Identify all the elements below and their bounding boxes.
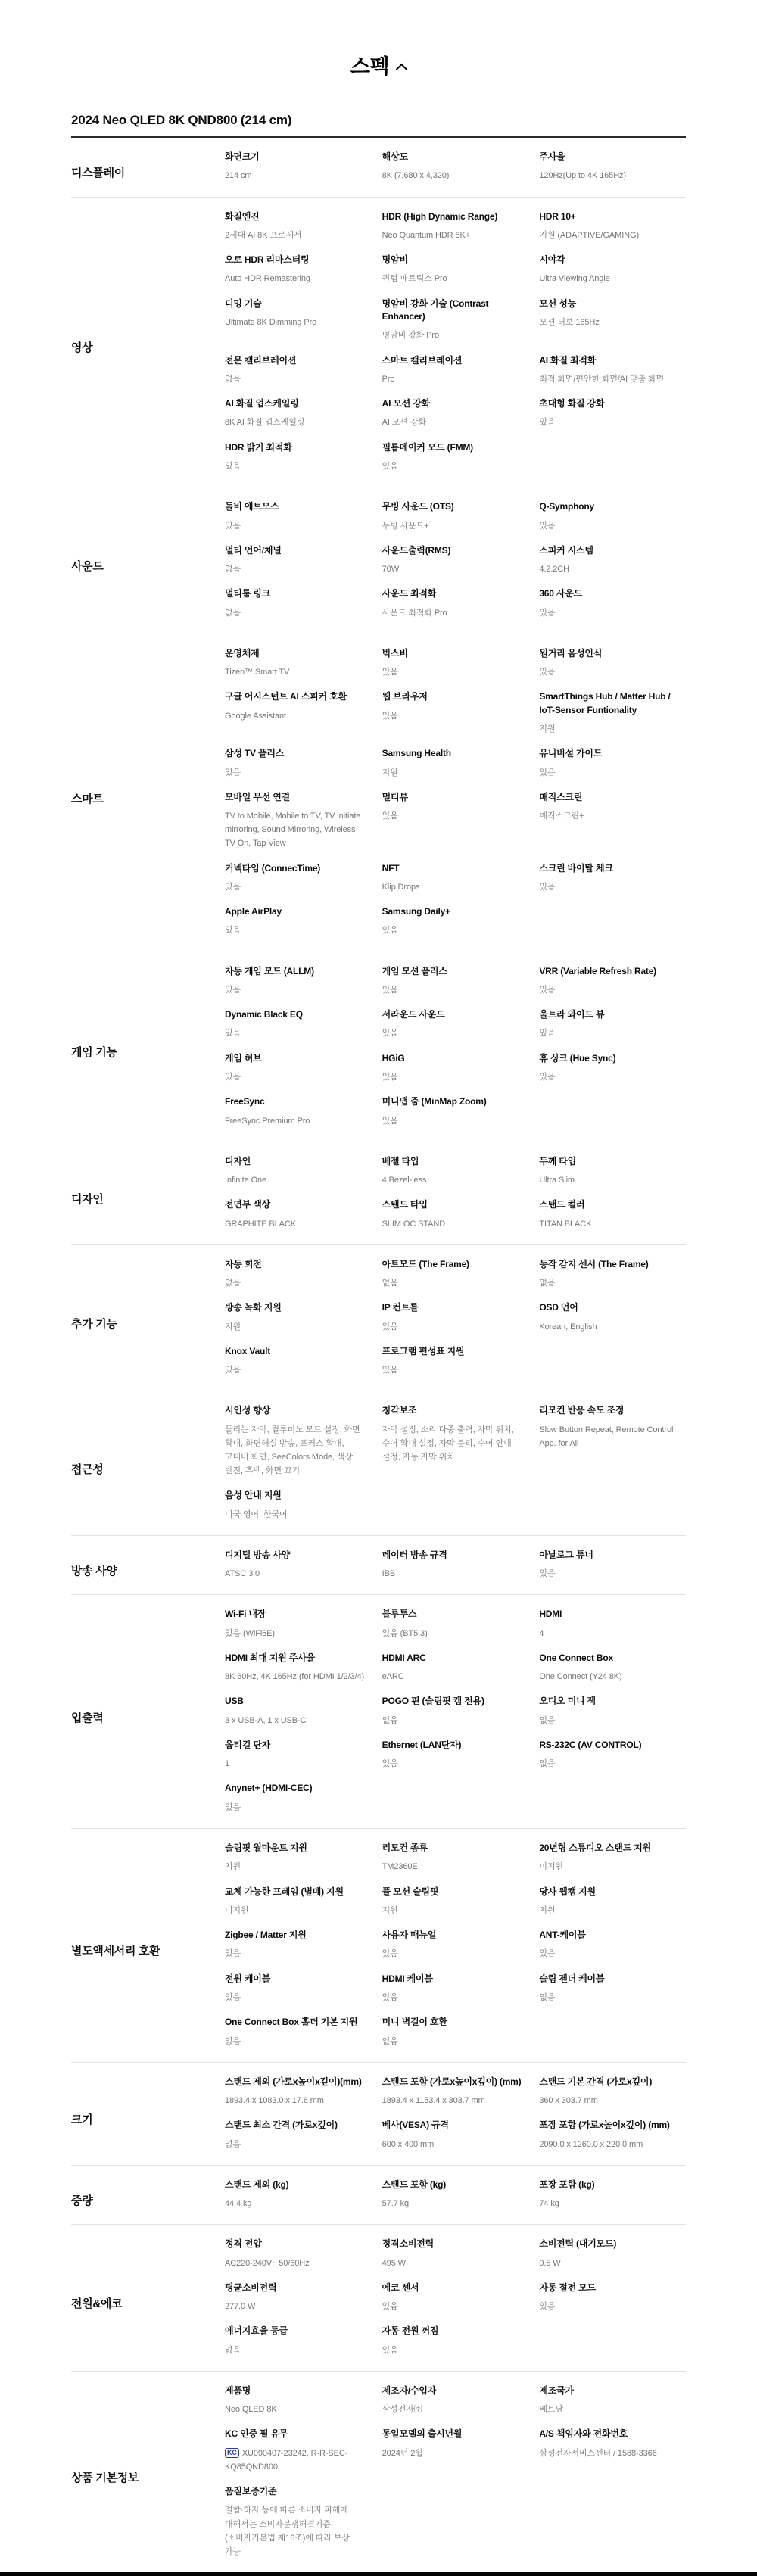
spec-section: 디자인 디자인 Infinite One 베젤 타입 4 Bezel-less …	[71, 1142, 686, 1245]
spec-value: 있음 (BT5.3)	[382, 1627, 525, 1640]
spec-value: 있음	[382, 459, 525, 473]
section-category: 크기	[71, 2076, 225, 2163]
spec-label: 스탠드 타입	[382, 1198, 525, 1211]
spec-value: 최적 화면/편안한 화면/AI 맞춤 화면	[539, 372, 681, 386]
spec-item: 제조자/수입자 삼성전자㈜	[382, 2384, 529, 2417]
spec-label: 필름메이커 모드 (FMM)	[382, 441, 525, 454]
spec-value: Klip Drops	[382, 880, 525, 894]
spec-value: 있음	[225, 766, 367, 780]
spec-value: 있음	[539, 880, 681, 894]
spec-value: 2024년 2월	[382, 2447, 525, 2460]
spec-section: 접근성 시인성 향상 들리는 자막, 릴루미노 모드 설정, 화면 확대, 화면…	[71, 1391, 686, 1535]
spec-label: HDR 밝기 최적화	[225, 441, 367, 454]
spec-section: 상품 기본정보 제품명 Neo QLED 8K 제조자/수입자 삼성전자㈜ 제조…	[71, 2372, 686, 2572]
spec-value: 있음	[382, 809, 525, 823]
section-grid: 제품명 Neo QLED 8K 제조자/수입자 삼성전자㈜ 제조국가 베트남 K…	[225, 2384, 686, 2570]
spec-label: 20년형 스튜디오 스탠드 지원	[539, 1842, 681, 1855]
spec-item: SmartThings Hub / Matter Hub / IoT-Senso…	[539, 690, 686, 736]
spec-label: 주사율	[539, 151, 681, 164]
spec-label: 정격소비전력	[382, 2238, 525, 2250]
section-grid: 자동 게임 모드 (ALLM) 있음 게임 모션 플러스 있음 VRR (Var…	[225, 965, 686, 1139]
spec-section: 스마트 운영체제 Tizen™ Smart TV 빅스비 있음 원거리 음성인식…	[71, 634, 686, 952]
spec-value: AC220-240V~ 50/60Hz	[225, 2257, 367, 2270]
spec-value: TM2360E	[382, 1860, 525, 1874]
spec-value: 있음	[225, 880, 367, 894]
spec-item: HDMI 4	[539, 1608, 686, 1640]
spec-label: 디지털 방송 사양	[225, 1549, 367, 1562]
spec-label: 스탠드 제외 (kg)	[225, 2179, 367, 2191]
spec-label: 디밍 기술	[225, 297, 367, 310]
spec-label: 구글 어시스턴트 AI 스피커 호환	[225, 690, 367, 703]
spec-item: 무빙 사운드 (OTS) 무빙 사운드+	[382, 500, 529, 533]
spec-item: 블루투스 있음 (BT5.3)	[382, 1608, 529, 1640]
spec-item: NFT Klip Drops	[382, 862, 529, 895]
spec-value: 있음	[539, 606, 681, 620]
spec-value: 지원	[225, 1860, 367, 1874]
spec-label: 시인성 향상	[225, 1404, 367, 1417]
spec-item: 멀티룸 링크 없음	[225, 587, 372, 620]
spec-label: 커넥타임 (ConnecTime)	[225, 862, 367, 875]
spec-label: 정격 전압	[225, 2238, 367, 2250]
spec-value: 4.2.2CH	[539, 562, 681, 576]
section-grid: 화질엔진 2세대 AI 8K 프로세서 HDR (High Dynamic Ra…	[225, 210, 686, 485]
spec-item: A/S 책임자와 전화번호 삼성전자서비스센터 / 1588-3366	[539, 2428, 686, 2474]
spec-label: 에너지효율 등급	[225, 2325, 367, 2338]
spec-value: 4 Bezel-less	[382, 1173, 525, 1187]
spec-label: Wi-Fi 내장	[225, 1608, 367, 1621]
spec-item: 오디오 미니 잭 없음	[539, 1695, 686, 1727]
section-category: 추가 기능	[71, 1258, 225, 1389]
spec-item: 교체 가능한 프레임 (별매) 지원 미지원	[225, 1886, 372, 1918]
spec-item: HDR 10+ 지원 (ADAPTIVE/GAMING)	[539, 210, 686, 243]
spec-label: 프로그램 편성표 지원	[382, 1345, 525, 1358]
section-category: 별도액세서리 호환	[71, 1842, 225, 2060]
spec-item: 에코 센서 있음	[382, 2282, 529, 2314]
spec-value: 3 x USB-A, 1 x USB-C	[225, 1714, 367, 1727]
section-category: 상품 기본정보	[71, 2384, 225, 2570]
spec-label: 슬림 젠더 케이블	[539, 1973, 681, 1986]
spec-label: A/S 책임자와 전화번호	[539, 2428, 681, 2441]
spec-item: 청각보조 자막 설정, 소리 다중 출력, 자막 위치, 수어 확대 설정, 자…	[382, 1404, 529, 1478]
spec-value: Ultra Slim	[539, 1173, 681, 1187]
spec-value: 결함·하자 등에 따른 소비자 피해에 대해서는 소비자분쟁해결기준(소비자기본…	[225, 2503, 367, 2559]
spec-label: 전문 캘리브레이션	[225, 354, 367, 367]
spec-accordion-toggle-button[interactable]: 스펙	[350, 50, 407, 79]
spec-item: 돌비 애트모스 있음	[225, 500, 372, 533]
spec-value: Neo Quantum HDR 8K+	[382, 229, 525, 242]
spec-value: 있음	[225, 1026, 367, 1040]
spec-label: 베젤 타입	[382, 1155, 525, 1168]
spec-value: 있음	[225, 1991, 367, 2004]
spec-item: 게임 모션 플러스 있음	[382, 965, 529, 998]
spec-value: 있음	[539, 1026, 681, 1040]
spec-item: 20년형 스튜디오 스탠드 지원 미지원	[539, 1842, 686, 1874]
spec-item: 프로그램 편성표 지원 있음	[382, 1345, 529, 1378]
spec-label: Q-Symphony	[539, 500, 681, 513]
spec-item: Samsung Health 지원	[382, 747, 529, 780]
spec-value: 없음	[382, 1276, 525, 1290]
spec-item: 멀티 언어/채널 없음	[225, 544, 372, 577]
spec-value: Neo QLED 8K	[225, 2403, 367, 2416]
spec-value: 지원	[225, 1320, 367, 1334]
spec-value: 8K AI 화질 업스케일링	[225, 416, 367, 429]
spec-item: 빅스비 있음	[382, 647, 529, 680]
spec-value: 있음	[539, 2300, 681, 2313]
spec-label: ANT-케이블	[539, 1929, 681, 1942]
spec-label: IP 컨트롤	[382, 1301, 525, 1314]
spec-item: 서라운드 사운드 있음	[382, 1008, 529, 1041]
spec-value: 있음	[382, 2300, 525, 2313]
spec-value: 없음	[382, 2035, 525, 2048]
spec-label: 두께 타입	[539, 1155, 681, 1168]
spec-item: 슬림핏 월마운트 지원 지원	[225, 1842, 372, 1874]
spec-value: 있음	[382, 1070, 525, 1084]
spec-item: 명암비 강화 기술 (Contrast Enhancer) 명암비 강화 Pro	[382, 297, 529, 343]
spec-value: 지원	[382, 766, 525, 780]
spec-item: 필름메이커 모드 (FMM) 있음	[382, 441, 529, 474]
spec-item: 데이터 방송 규격 IBB	[382, 1549, 529, 1581]
spec-label: Knox Vault	[225, 1345, 367, 1358]
spec-content: 2024 Neo QLED 8K QND800 (214 cm) 디스플레이 화…	[71, 113, 686, 2572]
spec-item: 정격소비전력 495 W	[382, 2238, 529, 2270]
spec-label: HDMI	[539, 1608, 681, 1621]
spec-value: 베트남	[539, 2403, 681, 2416]
spec-item: 스탠드 포함 (가로x높이x깊이) (mm) 1893.4 x 1153.4 x…	[382, 2076, 529, 2108]
spec-label: 서라운드 사운드	[382, 1008, 525, 1021]
spec-item: 미니 벽걸이 호환 없음	[382, 2016, 529, 2048]
spec-label: 스크린 바이탈 체크	[539, 862, 681, 875]
spec-label: 시야각	[539, 254, 681, 266]
spec-value: 없음	[225, 2344, 367, 2357]
spec-item: 품질보증기준 결함·하자 등에 따른 소비자 피해에 대해서는 소비자분쟁해결기…	[225, 2485, 372, 2559]
spec-item: Knox Vault 있음	[225, 1345, 372, 1378]
spec-item: 울트라 와이드 뷰 있음	[539, 1008, 686, 1041]
section-category: 사운드	[71, 500, 225, 631]
spec-value: 없음	[539, 1991, 681, 2004]
spec-value: 있음	[382, 709, 525, 723]
spec-item: 스탠드 제외 (가로x높이x깊이)(mm) 1893.4 x 1083.0 x …	[225, 2076, 372, 2108]
spec-item: Dynamic Black EQ 있음	[225, 1008, 372, 1041]
spec-item: 소비전력 (대기모드) 0.5 W	[539, 2238, 686, 2270]
spec-item: 슬림 젠더 케이블 없음	[539, 1973, 686, 2005]
spec-item: 전원 케이블 있음	[225, 1973, 372, 2005]
spec-value: TITAN BLACK	[539, 1217, 681, 1231]
spec-label: 포장 포함 (가로x높이x깊이) (mm)	[539, 2119, 681, 2132]
spec-item: FreeSync FreeSync Premium Pro	[225, 1095, 372, 1128]
spec-item: HDR 밝기 최적화 있음	[225, 441, 372, 474]
spec-value: 8K (7,680 x 4,320)	[382, 169, 525, 182]
spec-item: KC 인증 필 유무 KCXU090407-23242, R-R-SEC-KQ8…	[225, 2428, 372, 2474]
spec-item: 풀 모션 슬림핏 지원	[382, 1886, 529, 1918]
spec-value: 있음 (WiFi6E)	[225, 1627, 367, 1640]
spec-value: 있음	[539, 1567, 681, 1581]
spec-value: Tizen™ Smart TV	[225, 665, 367, 679]
spec-item: 자동 게임 모드 (ALLM) 있음	[225, 965, 372, 998]
spec-item: 동일모델의 출시년월 2024년 2월	[382, 2428, 529, 2474]
spec-item: 두께 타입 Ultra Slim	[539, 1155, 686, 1188]
spec-item: 전면부 색상 GRAPHITE BLACK	[225, 1198, 372, 1231]
spec-item: 스마트 캘리브레이션 Pro	[382, 354, 529, 387]
spec-label: 동작 감지 센서 (The Frame)	[539, 1258, 681, 1271]
spec-item: HDR (High Dynamic Range) Neo Quantum HDR…	[382, 210, 529, 243]
spec-value: Google Assistant	[225, 709, 367, 723]
spec-label: 슬림핏 월마운트 지원	[225, 1842, 367, 1855]
spec-item: 모션 성능 모션 터보 165Hz	[539, 297, 686, 343]
spec-value: 있음	[225, 1363, 367, 1377]
spec-value: 1	[225, 1757, 367, 1771]
spec-value: 없음	[225, 562, 367, 576]
spec-label: 제조국가	[539, 2384, 681, 2397]
section-grid: 디지털 방송 사양 ATSC 3.0 데이터 방송 규격 IBB 아날로그 튜너…	[225, 1549, 686, 1593]
spec-item: HDMI 케이블 있음	[382, 1973, 529, 2005]
spec-item: 사운드 최적화 사운드 최적화 Pro	[382, 587, 529, 620]
spec-value: 있음	[382, 1026, 525, 1040]
spec-label: Apple AirPlay	[225, 905, 367, 918]
spec-section: 사운드 돌비 애트모스 있음 무빙 사운드 (OTS) 무빙 사운드+ Q-Sy…	[71, 487, 686, 634]
spec-label: Ethernet (LAN단자)	[382, 1739, 525, 1752]
page-title: 2024 Neo QLED 8K QND800 (214 cm)	[71, 113, 686, 128]
spec-value: 70W	[382, 562, 525, 576]
spec-label: 오토 HDR 리마스터링	[225, 254, 367, 266]
section-grid: 화면크기 214 cm 해상도 8K (7,680 x 4,320) 주사율 1…	[225, 151, 686, 195]
spec-item: 포장 포함 (가로x높이x깊이) (mm) 2090.0 x 1260.0 x …	[539, 2119, 686, 2151]
spec-label: 명암비 강화 기술 (Contrast Enhancer)	[382, 297, 525, 324]
spec-label: 스마트 캘리브레이션	[382, 354, 525, 367]
spec-value: 없음	[225, 372, 367, 386]
spec-label: HDMI 최대 지원 주사율	[225, 1652, 367, 1665]
spec-label: 방송 녹화 지원	[225, 1301, 367, 1314]
spec-label: HDR 10+	[539, 210, 681, 223]
spec-item: 리모컨 반응 속도 조정 Slow Button Repeat, Remote …	[539, 1404, 686, 1478]
spec-label: Dynamic Black EQ	[225, 1008, 367, 1021]
spec-label: 모바일 무선 연결	[225, 791, 367, 804]
spec-item: 아트모드 (The Frame) 없음	[382, 1258, 529, 1291]
spec-value: One Connect (Y24 8K)	[539, 1670, 681, 1684]
spec-label: 유니버설 가이드	[539, 747, 681, 760]
spec-section: 디스플레이 화면크기 214 cm 해상도 8K (7,680 x 4,320)…	[71, 138, 686, 198]
spec-label: 스탠드 제외 (가로x높이x깊이)(mm)	[225, 2076, 367, 2089]
spec-label: 데이터 방송 규격	[382, 1549, 525, 1562]
spec-label: 자동 절전 모드	[539, 2282, 681, 2294]
spec-label: 멀티 언어/채널	[225, 544, 367, 557]
spec-value: 214 cm	[225, 169, 367, 182]
spec-item: 음성 안내 지원 미국 영어, 한국어	[225, 1489, 372, 1522]
spec-value: 들리는 자막, 릴루미노 모드 설정, 화면 확대, 화면해설 방송, 포커스 …	[225, 1423, 367, 1478]
spec-label: Anynet+ (HDMI-CEC)	[225, 1782, 367, 1795]
spec-item: 자동 전원 꺼짐 있음	[382, 2325, 529, 2357]
spec-item: 아날로그 튜너 있음	[539, 1549, 686, 1581]
spec-value: 있음	[539, 416, 681, 429]
spec-value: Slow Button Repeat, Remote Control App. …	[539, 1423, 681, 1450]
spec-value: 있음	[382, 1114, 525, 1128]
spec-item: 스탠드 최소 간격 (가로x깊이) 없음	[225, 2119, 372, 2151]
spec-label: 전원 케이블	[225, 1973, 367, 1986]
spec-label: KC 인증 필 유무	[225, 2428, 367, 2441]
spec-value: 없음	[539, 1276, 681, 1290]
spec-item: AI 화질 업스케일링 8K AI 화질 업스케일링	[225, 397, 372, 430]
spec-label: HDR (High Dynamic Range)	[382, 210, 525, 223]
spec-label: 스피커 시스템	[539, 544, 681, 557]
spec-item: 휴 싱크 (Hue Sync) 있음	[539, 1052, 686, 1085]
spec-value: 없음	[382, 1714, 525, 1727]
section-category: 입출력	[71, 1608, 225, 1826]
spec-label: 아트모드 (The Frame)	[382, 1258, 525, 1271]
spec-value: 있음	[382, 924, 525, 937]
spec-value: 지원	[539, 1904, 681, 1917]
spec-item: AI 화질 최적화 최적 화면/편안한 화면/AI 맞춤 화면	[539, 354, 686, 387]
spec-item: 제조국가 베트남	[539, 2384, 686, 2417]
spec-item: 스탠드 컬러 TITAN BLACK	[539, 1198, 686, 1231]
spec-section: 별도액세서리 호환 슬림핏 월마운트 지원 지원 리모컨 종류 TM2360E …	[71, 1829, 686, 2063]
section-category: 디자인	[71, 1155, 225, 1242]
spec-item: 스피커 시스템 4.2.2CH	[539, 544, 686, 577]
section-grid: 자동 회전 없음 아트모드 (The Frame) 없음 동작 감지 센서 (T…	[225, 1258, 686, 1389]
spec-value: 44.4 kg	[225, 2197, 367, 2210]
spec-value: 2세대 AI 8K 프로세서	[225, 229, 367, 242]
spec-value: 있음	[382, 1991, 525, 2004]
spec-item: Ethernet (LAN단자) 있음	[382, 1739, 529, 1771]
spec-item: 초대형 화질 강화 있음	[539, 397, 686, 430]
spec-label: 빅스비	[382, 647, 525, 660]
spec-accordion-header: 스펙	[0, 0, 757, 79]
spec-label: 리모컨 종류	[382, 1842, 525, 1855]
spec-item: Zigbee / Matter 지원 있음	[225, 1929, 372, 1961]
spec-value: 있음	[382, 665, 525, 679]
spec-value: Pro	[382, 372, 525, 386]
spec-item: 방송 녹화 지원 지원	[225, 1301, 372, 1334]
spec-label: 디자인	[225, 1155, 367, 1168]
spec-item: 시야각 Ultra Viewing Angle	[539, 254, 686, 286]
spec-label: 아날로그 튜너	[539, 1549, 681, 1562]
spec-value: 없음	[225, 2035, 367, 2048]
spec-label: 소비전력 (대기모드)	[539, 2238, 681, 2250]
spec-value: 120Hz(Up to 4K 165Hz)	[539, 169, 681, 182]
spec-value: 4	[539, 1627, 681, 1640]
spec-label: Samsung Health	[382, 747, 525, 760]
spec-item: IP 컨트롤 있음	[382, 1301, 529, 1334]
spec-label: 청각보조	[382, 1404, 525, 1417]
spec-label: 스탠드 포함 (kg)	[382, 2179, 525, 2191]
spec-item: VRR (Variable Refresh Rate) 있음	[539, 965, 686, 998]
spec-label: 웹 브라우저	[382, 690, 525, 703]
spec-value: 자막 설정, 소리 다중 출력, 자막 위치, 수어 확대 설정, 자막 분리,…	[382, 1423, 525, 1464]
spec-item: 유니버설 가이드 있음	[539, 747, 686, 780]
spec-label: 베사(VESA) 규격	[382, 2119, 525, 2132]
spec-item: Samsung Daily+ 있음	[382, 905, 529, 938]
spec-item: 미니맵 줌 (MinMap Zoom) 있음	[382, 1095, 529, 1128]
spec-item: USB 3 x USB-A, 1 x USB-C	[225, 1695, 372, 1727]
spec-value: GRAPHITE BLACK	[225, 1217, 367, 1231]
section-grid: Wi-Fi 내장 있음 (WiFi6E) 블루투스 있음 (BT5.3) HDM…	[225, 1608, 686, 1826]
spec-item: 정격 전압 AC220-240V~ 50/60Hz	[225, 2238, 372, 2270]
spec-label: One Connect Box 홀더 기본 지원	[225, 2016, 367, 2029]
spec-label: 동일모델의 출시년월	[382, 2428, 525, 2441]
spec-item: 주사율 120Hz(Up to 4K 165Hz)	[539, 151, 686, 183]
spec-item: 해상도 8K (7,680 x 4,320)	[382, 151, 529, 183]
spec-value: 1893.4 x 1153.4 x 303.7 mm	[382, 2094, 525, 2107]
spec-item: Wi-Fi 내장 있음 (WiFi6E)	[225, 1608, 372, 1640]
spec-label: 명암비	[382, 254, 525, 266]
section-category: 중량	[71, 2179, 225, 2222]
spec-item: 베젤 타입 4 Bezel-less	[382, 1155, 529, 1188]
spec-item: 스탠드 제외 (kg) 44.4 kg	[225, 2179, 372, 2211]
spec-value: 8K 60Hz, 4K 165Hz (for HDMI 1/2/3/4)	[225, 1670, 367, 1684]
spec-label: 화질엔진	[225, 210, 367, 223]
spec-value: 600 x 400 mm	[382, 2138, 525, 2151]
spec-item: 구글 어시스턴트 AI 스피커 호환 Google Assistant	[225, 690, 372, 736]
spec-label: 사용자 매뉴얼	[382, 1929, 525, 1942]
spec-item: 오토 HDR 리마스터링 Auto HDR Remastering	[225, 254, 372, 286]
spec-value: 미지원	[225, 1904, 367, 1917]
spec-value: 없음	[539, 1757, 681, 1771]
section-grid: 스탠드 제외 (kg) 44.4 kg 스탠드 포함 (kg) 57.7 kg …	[225, 2179, 686, 2222]
spec-label: HGiG	[382, 1052, 525, 1065]
spec-label: 당사 웹캠 지원	[539, 1886, 681, 1899]
spec-label: FreeSync	[225, 1095, 367, 1108]
spec-label: 리모컨 반응 속도 조정	[539, 1404, 681, 1417]
spec-item: 원거리 음성인식 있음	[539, 647, 686, 680]
spec-item: 스탠드 포함 (kg) 57.7 kg	[382, 2179, 529, 2211]
spec-label: Samsung Daily+	[382, 905, 525, 918]
spec-label: Zigbee / Matter 지원	[225, 1929, 367, 1942]
spec-label: 초대형 화질 강화	[539, 397, 681, 410]
spec-label: One Connect Box	[539, 1652, 681, 1665]
spec-value: 없음	[225, 2138, 367, 2151]
spec-value: 퀀텀 매트릭스 Pro	[382, 272, 525, 285]
spec-item: 모바일 무선 연결 TV to Mobile, Mobile to TV, TV…	[225, 791, 372, 851]
spec-item: 전문 캘리브레이션 없음	[225, 354, 372, 387]
spec-value: 삼성전자㈜	[382, 2403, 525, 2416]
spec-item: HDMI ARC eARC	[382, 1652, 529, 1684]
spec-section: 중량 스탠드 제외 (kg) 44.4 kg 스탠드 포함 (kg) 57.7 …	[71, 2166, 686, 2226]
spec-value: Infinite One	[225, 1173, 367, 1187]
spec-value: 있음	[382, 983, 525, 997]
spec-section: 게임 기능 자동 게임 모드 (ALLM) 있음 게임 모션 플러스 있음 VR…	[71, 952, 686, 1142]
spec-label: 모션 성능	[539, 297, 681, 310]
spec-item: 평균소비전력 277.0 W	[225, 2282, 372, 2314]
spec-item: 360 사운드 있음	[539, 587, 686, 620]
spec-value: 미지원	[539, 1860, 681, 1874]
spec-item: Anynet+ (HDMI-CEC) 있음	[225, 1782, 372, 1814]
spec-label: 제품명	[225, 2384, 367, 2397]
spec-label: 멀티룸 링크	[225, 587, 367, 600]
section-category: 전원&에코	[71, 2238, 225, 2369]
spec-item: 웹 브라우저 있음	[382, 690, 529, 736]
spec-label: 사운드출력(RMS)	[382, 544, 525, 557]
spec-value: 277.0 W	[225, 2300, 367, 2313]
spec-label: AI 화질 업스케일링	[225, 397, 367, 410]
section-grid: 운영체제 Tizen™ Smart TV 빅스비 있음 원거리 음성인식 있음 …	[225, 647, 686, 949]
spec-label: 삼성 TV 플러스	[225, 747, 367, 760]
spec-label: 에코 센서	[382, 2282, 525, 2294]
spec-item: 운영체제 Tizen™ Smart TV	[225, 647, 372, 680]
spec-item: 게임 허브 있음	[225, 1052, 372, 1085]
spec-section: 전원&에코 정격 전압 AC220-240V~ 50/60Hz 정격소비전력 4…	[71, 2225, 686, 2372]
spec-item: 디자인 Infinite One	[225, 1155, 372, 1188]
kc-certification-icon: KC	[225, 2448, 239, 2459]
spec-label: HDMI 케이블	[382, 1973, 525, 1986]
spec-label: AI 화질 최적화	[539, 354, 681, 367]
spec-item: 디지털 방송 사양 ATSC 3.0	[225, 1549, 372, 1581]
spec-value: KCXU090407-23242, R-R-SEC-KQ85QND800	[225, 2447, 367, 2474]
spec-value: ATSC 3.0	[225, 1567, 367, 1581]
spec-label: 풀 모션 슬림핏	[382, 1886, 525, 1899]
spec-section: 입출력 Wi-Fi 내장 있음 (WiFi6E) 블루투스 있음 (BT5.3)…	[71, 1595, 686, 1829]
spec-table: 디스플레이 화면크기 214 cm 해상도 8K (7,680 x 4,320)…	[71, 136, 686, 2572]
spec-item: 옵티컬 단자 1	[225, 1739, 372, 1771]
spec-item: 삼성 TV 플러스 있음	[225, 747, 372, 780]
spec-label: 해상도	[382, 151, 525, 164]
